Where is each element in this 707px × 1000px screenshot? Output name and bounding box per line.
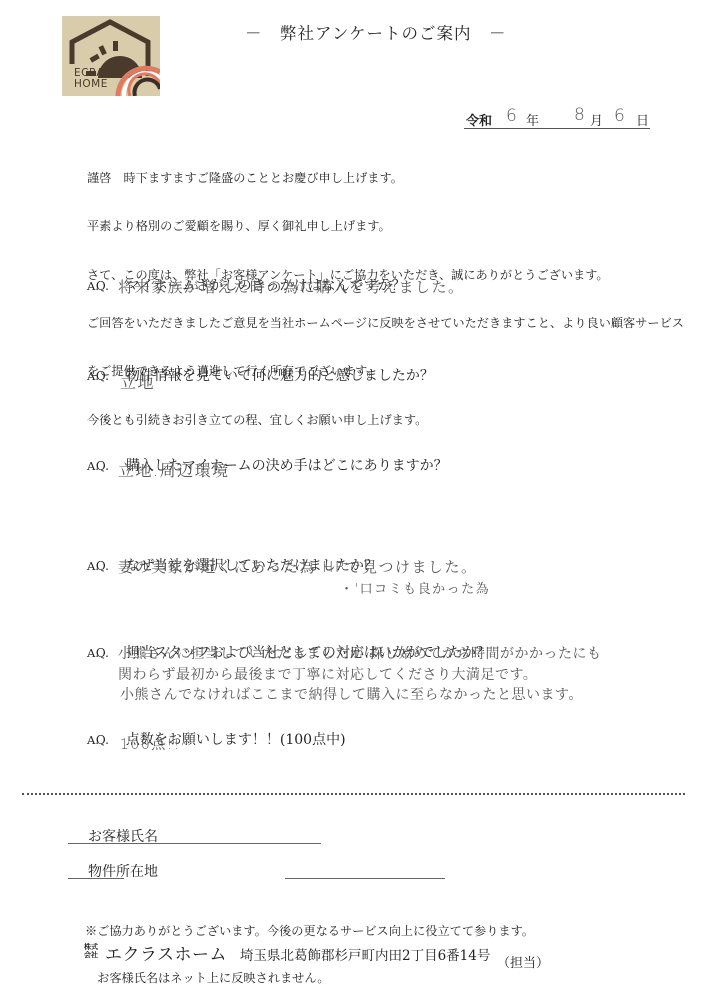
date-year-value: 6	[506, 106, 517, 126]
date-field: 令和 6 年 8 月 6 日	[464, 108, 650, 129]
date-month-unit: 月	[590, 110, 603, 129]
company-type: 株式 会社	[84, 943, 98, 959]
date-year-unit: 年	[526, 110, 539, 129]
company-address: 埼玉県北葛飾郡杉戸町内田2丁目6番14号	[240, 944, 490, 964]
property-location-field[interactable]	[285, 878, 445, 879]
answer-3: 立地.周辺環境	[118, 458, 230, 481]
date-era: 令和	[466, 110, 492, 129]
logo-text-home: HOME	[74, 79, 108, 90]
property-location-underline	[68, 878, 124, 879]
intro-line: 平素より格別のご愛顧を賜り、厚く御礼申し上げます。	[87, 218, 684, 234]
answer-5-line-1: 小熊さんに担当していただきましたが.探し始めてから時間がかかったにも	[118, 643, 601, 663]
company-logo: ECRAS HOME	[62, 16, 160, 96]
answer-2: 立地	[120, 370, 155, 393]
footnote-line: ※ご協力ありがとうございます。今後の更なるサービス向上に役立てて参ります。	[85, 924, 534, 940]
company-type-line-1: 株式	[84, 943, 98, 951]
company-type-line-2: 会社	[84, 951, 98, 959]
intro-line: ご回答をいただきましたご意見を当社ホームページに反映をさせていただきますこと、よ…	[87, 315, 684, 331]
intro-line: 謹啓 時下ますますご隆盛のこととお慶び申し上げます。	[87, 170, 684, 186]
staff-label: （担当）	[497, 952, 549, 971]
a-label: A.	[87, 733, 99, 747]
company-name: エクラスホーム	[105, 940, 227, 965]
answer-4-line-2: ・'口コミも良かった為	[340, 578, 490, 597]
date-month-value: 8	[574, 105, 585, 125]
answer-5-line-3: 小熊さんでなければここまで納得して購入に至らなかったと思います。	[120, 684, 583, 704]
date-day-unit: 日	[636, 110, 649, 129]
cut-line-divider	[22, 793, 685, 795]
answer-6: 100点!!	[120, 734, 181, 754]
customer-name-field[interactable]	[68, 843, 321, 844]
answer-1: 将来家族が増えた時の為に購入を考えました。	[118, 276, 465, 297]
question-text: 物件情報を見ていて何に魅力的と感じましたか？	[126, 368, 434, 384]
a-label: A.	[87, 646, 99, 660]
footnote-line: お客様氏名はネット上に反映されません。	[85, 971, 534, 987]
a-label: A.	[87, 559, 99, 573]
date-day-value: 6	[614, 106, 625, 126]
a-label: A.	[87, 279, 99, 293]
intro-line: 今後とも引続きお引き立ての程、宜しくお願い申し上げます。	[87, 412, 684, 428]
answer-5-line-2: 関わらず最初から最後まで丁寧に対応してくださり大満足です。	[118, 664, 537, 684]
answer-4-line-1: 妻の実家が近くにあった為 HPで見つけました。	[118, 556, 477, 577]
page-title: － 弊社アンケートのご案内 －	[245, 20, 507, 44]
a-label: A.	[87, 459, 99, 473]
a-label: A.	[87, 369, 99, 383]
